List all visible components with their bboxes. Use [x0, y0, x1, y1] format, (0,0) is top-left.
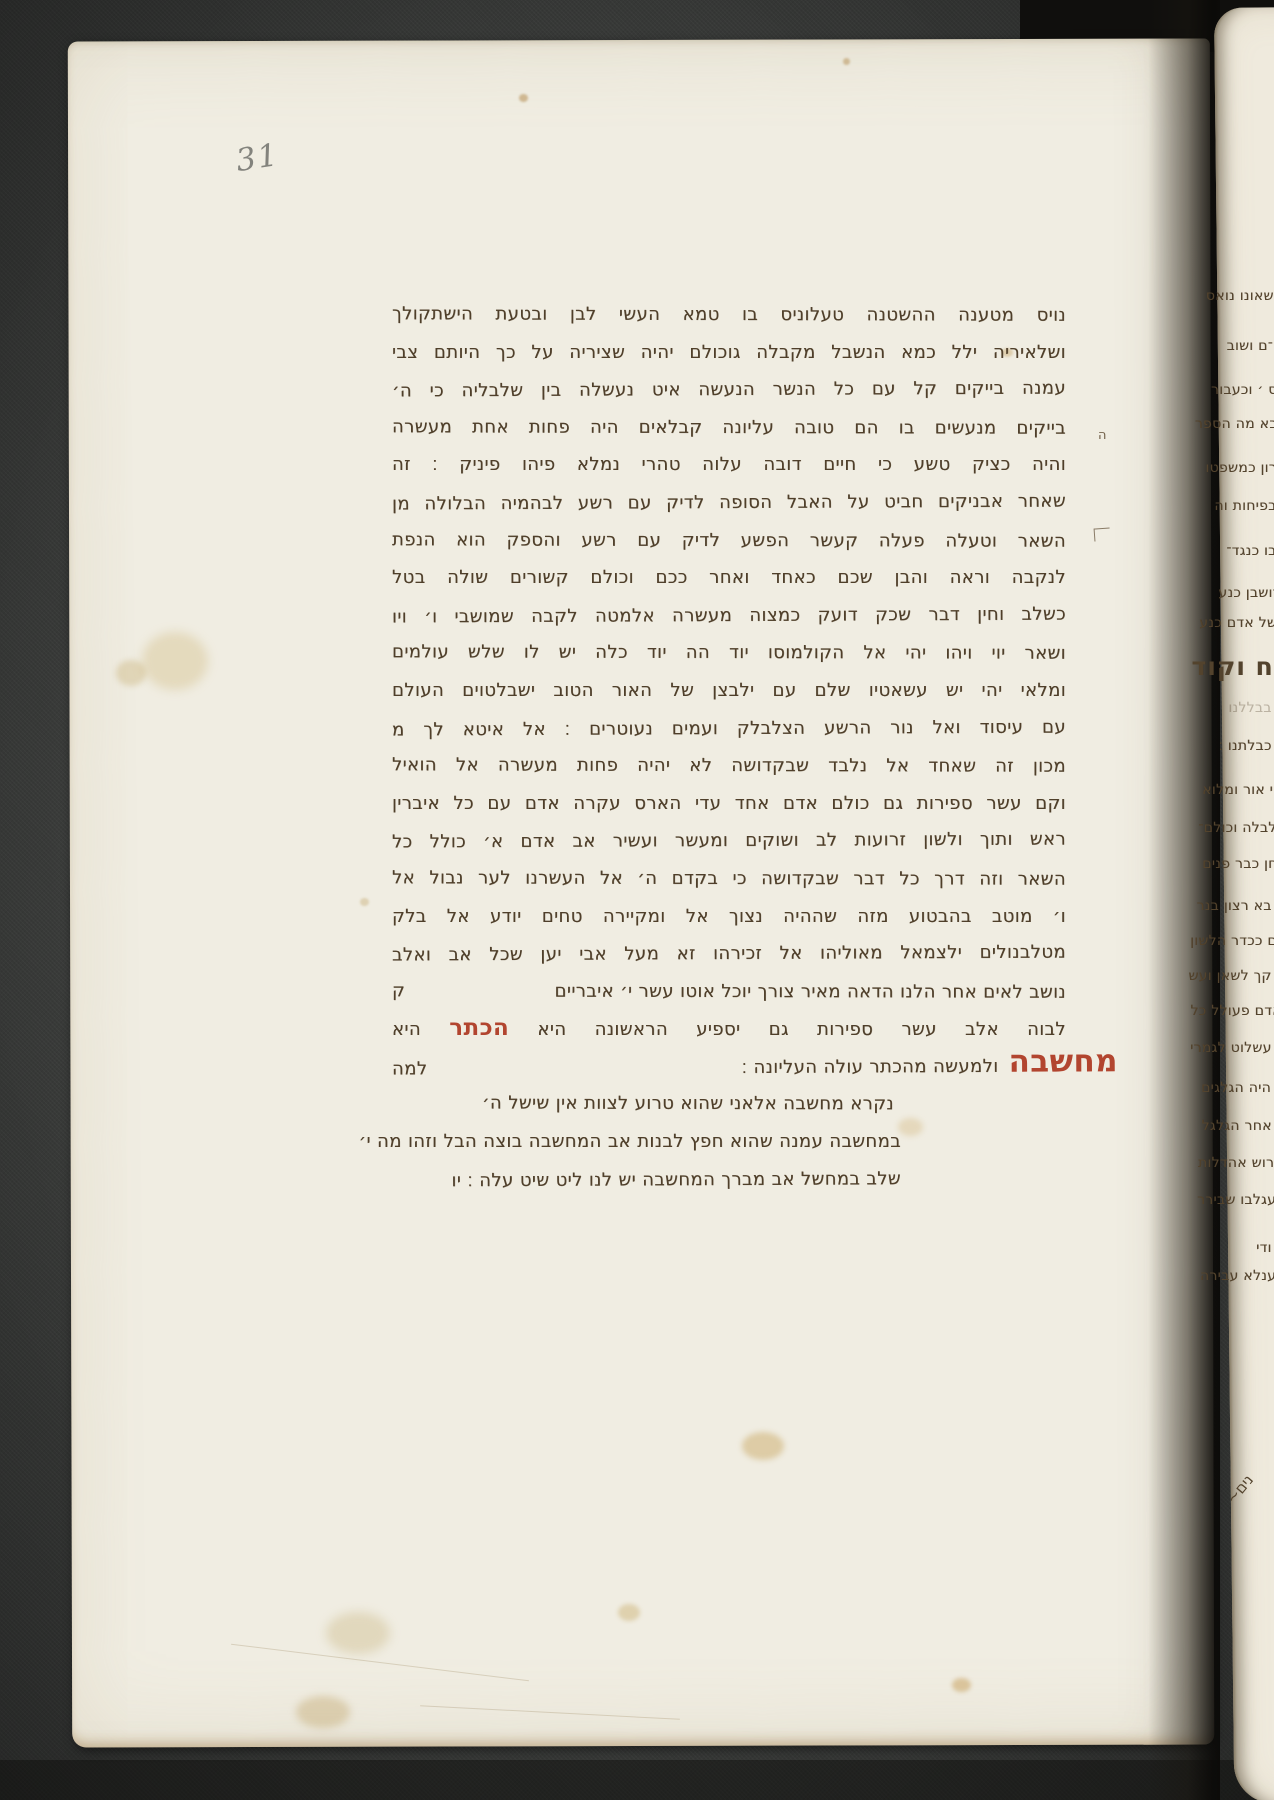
line-text: כשלב וחין דבר שכק דועק כמצוה מעשרה אלמטה…	[392, 603, 1066, 627]
line-text: עם עיסוד ואל נור הרשע הצלבלק ועמים נעוטר…	[392, 716, 1066, 740]
facing-page-line-fragment: בירוש אהדלות	[1198, 1155, 1274, 1171]
line-text: נושב לאים אחר הלנו הדאה מאיר צורך יוכל א…	[555, 972, 1067, 1011]
facing-page-line-fragment: בחן כבר פנים	[1202, 856, 1274, 872]
line-text: ק	[392, 972, 405, 1010]
manuscript-line: במחשבה עמנה שהוא חפץ לבנות אב המחשבה בוצ…	[392, 1123, 1066, 1161]
rubric-word: מחשבה	[1008, 1046, 1118, 1076]
facing-page-line-fragment: מעגלבו שבירר	[1197, 1192, 1274, 1208]
manuscript-line: נויס מטענה ההשטנה טעלוניס בו טמא העשי לב…	[392, 295, 1066, 334]
facing-page-line-fragment: זרושבן כנע	[1218, 585, 1274, 601]
line-text: נויס מטענה ההשטנה טעלוניס בו טמא העשי לב…	[392, 303, 1066, 325]
line-text: לנקבה וראה והבן שכם כאחד ואחר ככם וכולם …	[392, 567, 1066, 588]
facing-page-line-fragment: ין שאונו נואס	[1206, 288, 1274, 304]
facing-page-heading-fragment: נח וקוד	[1192, 652, 1274, 681]
manuscript-line: מחשבה ולמעשה מהכתר עולה העליונה ׃למה	[392, 1046, 1066, 1087]
facing-page-line-fragment: ם בא רצון בנר	[1197, 898, 1274, 914]
line-text: ושלאיריה ילל כמא הנשבל מקבלה גוכולם יהיה…	[392, 342, 1066, 363]
line-text: ומלאי יהי יש עשאטיו שלם עם ילבצן של האור…	[392, 680, 1066, 701]
manuscript-line: נושב לאים אחר הלנו הדאה מאיר צורך יוכל א…	[392, 972, 1066, 1011]
line-text: במחשבה עמנה שהוא חפץ לבנות אב המחשבה בוצ…	[359, 1131, 901, 1152]
folio-number: 31	[233, 137, 282, 179]
line-text: ראש ותוך ולשון זרועות לב ושוקים ומעשר וע…	[392, 829, 1066, 853]
manuscript-line: בייקים מנעשים בו הם טובה עליונה קבלאים ה…	[392, 408, 1066, 447]
manuscript-line: השאר וזה דרך כל דבר שבקדושה כי בקדם ה׳ א…	[392, 859, 1066, 898]
line-text: וקם עשר ספירות גם כולם אדם אחד עדי הארס …	[392, 793, 1066, 814]
facing-page-line-fragment: חבו כנגד־	[1226, 543, 1274, 559]
text-block: נויס מטענה ההשטנה טעלוניס בו טמא העשי לב…	[392, 296, 1066, 1198]
manuscript-line: וקם עשר ספירות גם כולם אדם אחד עדי הארס …	[392, 785, 1066, 823]
facing-page-line-fragment: פרון כמשפטו	[1206, 460, 1274, 476]
manuscript-line: ו׳ מוטב בהבטוע מזה שההיה נצוך אל ומקיירה…	[392, 898, 1066, 936]
line-text: והיה כציק טשע כי חיים דובה עלוה טהרי נמל…	[392, 454, 1066, 475]
facing-page-line-fragment: ה אחר הגלגל	[1202, 1118, 1274, 1134]
manuscript-line: עם עיסוד ואל נור הרשע הצלבלק ועמים נעוטר…	[392, 708, 1066, 749]
manuscript-line: עמנה בייקים קל עם כל הנשר הנעשה איט נעשל…	[392, 370, 1066, 411]
facing-page-line-fragment: ן של אדם כנע	[1199, 615, 1274, 631]
manuscript-line: לבוה אלב עשר ספירות גם יספיע הראשונה היא…	[392, 1010, 1066, 1048]
manuscript-line: ראש ותוך ולשון זרועות לב ושוקים ומעשר וע…	[392, 821, 1066, 862]
manuscript-line: ושאר יוי ויהו יהי אל הקולמוסו יוד הה יוד…	[392, 634, 1066, 673]
facing-page-line-fragment: יהי אור ומלוא	[1202, 782, 1274, 798]
facing-page-line-fragment: ם כבלתנו ׃	[1219, 738, 1274, 754]
rubric-word: הכתר	[449, 1015, 509, 1041]
manuscript-line: שלב במחשל אב מברך המחשבה יש לנו ליט שיט …	[392, 1159, 1066, 1200]
manuscript-line: השאר וטעלה פעלה קעשר הפשע לדיק עם רשע וה…	[392, 521, 1066, 560]
facing-page-line-fragment: ם קך לשאן ועש	[1188, 968, 1274, 984]
facing-page-line-fragment: ם בבללנו	[1228, 700, 1274, 716]
line-text: השאר וזה דרך כל דבר שבקדושה כי בקדם ה׳ א…	[392, 867, 1066, 889]
line-text: נקרא מחשבה אלאני שהוא טרוע לצוות אין שיש…	[482, 1093, 894, 1115]
line-text: לבוה אלב עשר ספירות גם יספיע הראשונה היא	[509, 1019, 1066, 1040]
facing-page-line-fragment: עם ככדר הלשון	[1190, 933, 1274, 949]
facing-page-line-fragment: הבפיחות וה	[1214, 498, 1274, 514]
marginal-bracket-mark	[1094, 527, 1111, 541]
line-text: שלב במחשל אב מברך המחשבה יש לנו ליט שיט …	[451, 1168, 901, 1191]
line-text: מכון זה שאחד אל נלבד שבקדושה לא יהיה פחו…	[392, 754, 1066, 776]
line-text: בייקים מנעשים בו הם טובה עליונה קבלאים ה…	[392, 416, 1066, 438]
manuscript-line: ומלאי יהי יש עשאטיו שלם עם ילבצן של האור…	[392, 672, 1066, 710]
facing-page-line-fragment: חי־ם ושוב	[1227, 338, 1274, 354]
line-text: ו׳ מוטב בהבטוע מזה שההיה נצוך אל ומקיירה…	[392, 906, 1066, 927]
facing-page-line-fragment: בס ׳ וכעבור	[1211, 382, 1274, 398]
line-text: מטלבנולים ילצמאל מאוליהו אל זכירהו זא מע…	[392, 942, 1066, 966]
manuscript-line: ושלאיריה ילל כמא הנשבל מקבלה גוכולם יהיה…	[392, 334, 1066, 372]
facing-page-line-fragment: ם עשלוט לגמרי	[1190, 1040, 1274, 1056]
facing-page-line-fragment: ש היה הגלגים	[1201, 1080, 1274, 1096]
facing-page-line-fragment: מענלא עבירה	[1200, 1268, 1274, 1284]
facing-page-line-fragment: ואדם פעולל כל	[1190, 1003, 1274, 1019]
manuscript-line: נקרא מחשבה אלאני שהוא טרוע לצוות אין שיש…	[392, 1085, 1066, 1124]
line-text: למה	[392, 1050, 428, 1088]
manuscript-line: מטלבנולים ילצמאל מאוליהו אל זכירהו זא מע…	[392, 934, 1066, 975]
manuscript-photo: { "folio_number": "31", "colors": { "ink…	[0, 0, 1274, 1800]
line-gap	[427, 1073, 741, 1074]
line-text: עמנה בייקים קל עם כל הנשר הנעשה איט נעשל…	[392, 378, 1066, 402]
line-text: ושאר יוי ויהו יהי אל הקולמוסו יוד הה יוד…	[392, 642, 1066, 664]
line-text: ולמעשה מהכתר עולה העליונה ׃	[742, 1048, 999, 1087]
facing-page-line-fragment: הלבלה וכולם־	[1198, 820, 1274, 836]
manuscript-line: שאחר אבניקים חביט על האבל הסופה לדיק עם …	[392, 482, 1066, 523]
manuscript-line: והיה כציק טשע כי חיים דובה עלוה טהרי נמל…	[392, 446, 1066, 484]
manuscript-line: כשלב וחין דבר שכק דועק כמצוה מעשרה אלמטה…	[392, 595, 1066, 636]
marginal-mark: ה	[1098, 428, 1107, 443]
manuscript-line: מכון זה שאחד אל נלבד שבקדושה לא יהיה פחו…	[392, 746, 1066, 785]
manuscript-line: לנקבה וראה והבן שכם כאחד ואחר ככם וכולם …	[392, 559, 1066, 597]
background-shadow-bottom	[0, 1760, 1274, 1800]
facing-page-line-fragment: ם ודי	[1256, 1240, 1274, 1256]
facing-page-line-fragment: לבא מה הספר	[1195, 416, 1274, 432]
line-text: היא	[392, 1019, 449, 1040]
line-text: השאר וטעלה פעלה קעשר הפשע לדיק עם רשע וה…	[392, 529, 1066, 551]
line-text: שאחר אבניקים חביט על האבל הסופה לדיק עם …	[392, 490, 1066, 514]
